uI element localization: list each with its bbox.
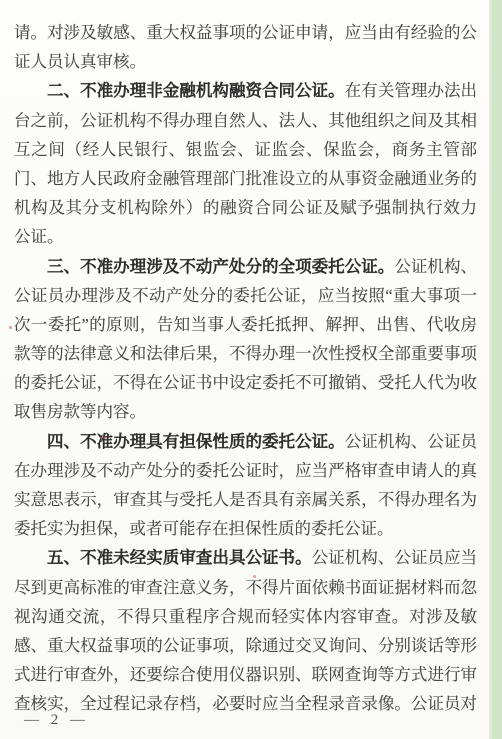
body-text: 互之间（经人民银行、银监会、证监会、保监会，商务主管部 [14, 140, 477, 159]
body-text: 请。对涉及敏感、重大权益事项的公证申请，应当由有经验的公 [14, 23, 477, 42]
body-text: 公证机构、公证员应当 [312, 548, 477, 567]
text-line: 公证员办理涉及不动产处分的委托公证，应当按照“重大事项一 [14, 281, 477, 310]
body-text: 在有关管理办法出 [345, 81, 477, 100]
text-line: 五、不准未经实质审查出具公证书。公证机构、公证员应当 [14, 543, 477, 572]
text-line: 公证。 [14, 222, 477, 251]
text-line: 视沟通交流，不得只重程序合规而轻实体内容审查。对涉及敏 [14, 602, 477, 631]
scan-speck [9, 326, 12, 329]
body-text: 委托实为担保，或者可能存在担保性质的委托公证。 [14, 519, 394, 538]
scan-edge-strip [489, 0, 502, 739]
text-line: 门、地方人民政府金融管理部门批准设立的从事资金融通业务的 [14, 164, 477, 193]
text-line: 感、重大权益事项的公证事项，除通过交叉询问、分别谈话等形 [14, 631, 477, 660]
body-text: 取售房款等内容。 [14, 402, 146, 421]
body-text: 查核实，全过程记录存档，必要时应当全程录音录像。公证员对 [14, 694, 477, 713]
body-text: 台之前，公证机构不得办理自然人、法人、其他组织之间及其相 [14, 111, 477, 130]
document-body: 请。对涉及敏感、重大权益事项的公证申请，应当由有经验的公 证人员认真审核。 二、… [14, 18, 477, 719]
body-text: 公证。 [14, 227, 64, 246]
text-line: 的委托公证，不得在公证书中设定委托不可撤销、受托人代为收 [14, 368, 477, 397]
body-text: 门、地方人民政府金融管理部门批准设立的从事资金融通业务的 [14, 169, 477, 188]
body-text: 感、重大权益事项的公证事项，除通过交叉询问、分别谈话等形 [14, 636, 477, 655]
text-line: 证人员认真审核。 [14, 47, 477, 76]
text-line: 四、不准办理具有担保性质的委托公证。公证机构、公证员 [14, 427, 477, 456]
scan-speck [253, 575, 256, 578]
body-text: 公证机构、 [394, 257, 477, 276]
body-text: 实意思表示，审查其与受托人是否具有亲属关系，不得办理名为 [14, 490, 477, 509]
scan-speck [103, 436, 106, 439]
clause-heading: 二、不准办理非金融机构融资合同公证。 [47, 82, 345, 100]
text-line: 款等的法律意义和法律后果，不得办理一次性授权全部重要事项 [14, 339, 477, 368]
clause-heading: 四、不准办理具有担保性质的委托公证。 [47, 433, 345, 451]
text-line: 取售房款等内容。 [14, 397, 477, 426]
text-line: 二、不准办理非金融机构融资合同公证。在有关管理办法出 [14, 76, 477, 105]
body-text: 式进行审查外，还要综合使用仪器识别、联网查询等方式进行审 [14, 665, 477, 684]
body-text: 视沟通交流，不得只重程序合规而轻实体内容审查。对涉及敏 [14, 607, 477, 626]
text-line: 机构及其分支机构除外）的融资合同公证及赋予强制执行效力 [14, 193, 477, 222]
body-text: 公证员办理涉及不动产处分的委托公证，应当按照“重大事项一 [14, 286, 477, 305]
body-text: 的委托公证，不得在公证书中设定委托不可撤销、受托人代为收 [14, 373, 477, 392]
body-text: 在办理涉及不动产处分的委托公证时，应当严格审查申请人的真 [14, 461, 477, 480]
text-line: 互之间（经人民银行、银监会、证监会、保监会，商务主管部 [14, 135, 477, 164]
clause-heading: 三、不准办理涉及不动产处分的全项委托公证。 [47, 258, 394, 276]
text-line: 台之前，公证机构不得办理自然人、法人、其他组织之间及其相 [14, 106, 477, 135]
text-line: 委托实为担保，或者可能存在担保性质的委托公证。 [14, 514, 477, 543]
text-line: 三、不准办理涉及不动产处分的全项委托公证。公证机构、 [14, 252, 477, 281]
text-line: 在办理涉及不动产处分的委托公证时，应当严格审查申请人的真 [14, 456, 477, 485]
body-text: 机构及其分支机构除外）的融资合同公证及赋予强制执行效力 [14, 198, 477, 217]
text-line: 尽到更高标准的审查注意义务，不得片面依赖书面证据材料而忽 [14, 573, 477, 602]
body-text: 款等的法律意义和法律后果，不得办理一次性授权全部重要事项 [14, 344, 477, 363]
page-number: — 2 — [24, 712, 89, 729]
text-line: 请。对涉及敏感、重大权益事项的公证申请，应当由有经验的公 [14, 18, 477, 47]
body-text: 尽到更高标准的审查注意义务，不得片面依赖书面证据材料而忽 [14, 578, 477, 597]
text-line: 实意思表示，审查其与受托人是否具有亲属关系，不得办理名为 [14, 485, 477, 514]
text-line: 式进行审查外，还要综合使用仪器识别、联网查询等方式进行审 [14, 660, 477, 689]
body-text: 次一委托”的原则，告知当事人委托抵押、解押、出售、代收房 [14, 315, 477, 334]
body-text: 公证机构、公证员 [345, 432, 477, 451]
clause-heading: 五、不准未经实质审查出具公证书。 [47, 549, 312, 567]
scanned-document-page: 请。对涉及敏感、重大权益事项的公证申请，应当由有经验的公 证人员认真审核。 二、… [0, 0, 502, 739]
text-line: 次一委托”的原则，告知当事人委托抵押、解押、出售、代收房 [14, 310, 477, 339]
body-text: 证人员认真审核。 [14, 52, 146, 71]
